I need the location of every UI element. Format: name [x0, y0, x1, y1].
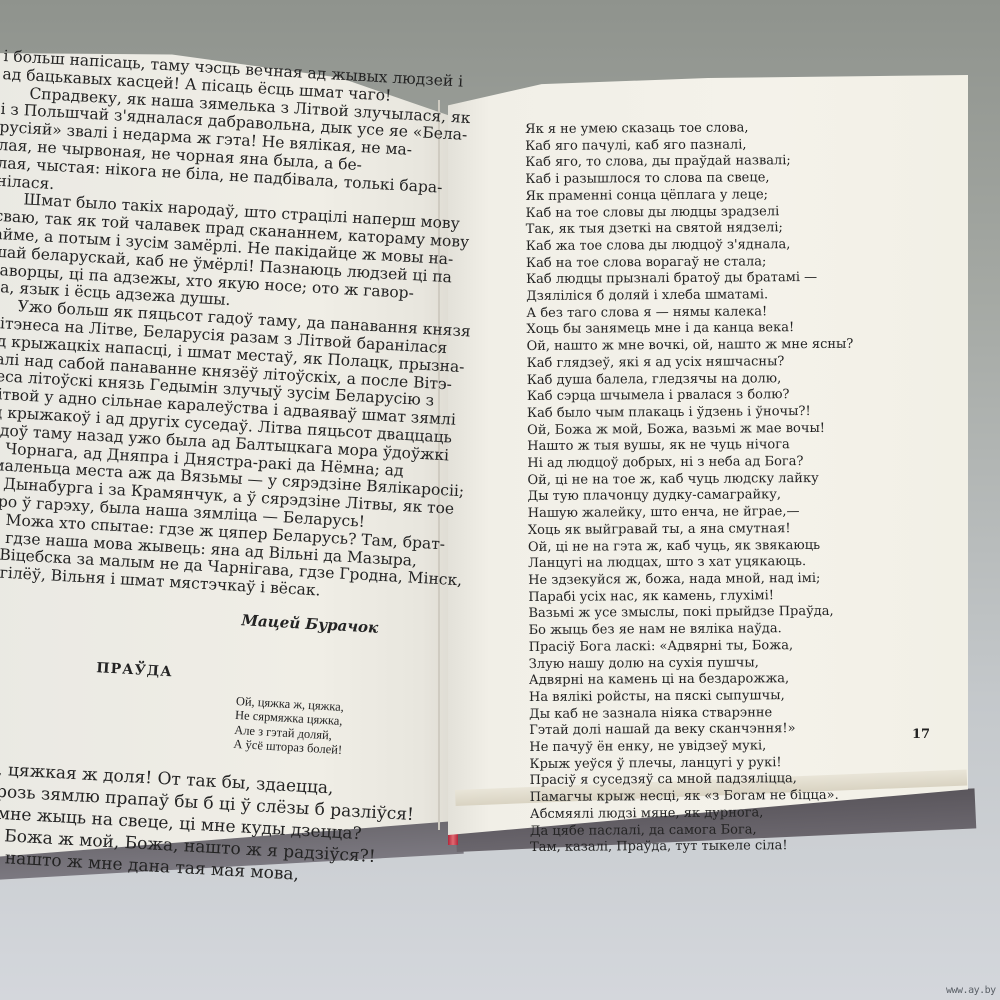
- left-page-text: і больш напісаць, таму чэсць вечная ад ж…: [0, 48, 413, 889]
- photo-scene: і больш напісаць, таму чэсць вечная ад ж…: [0, 0, 1000, 1000]
- poem-line: Ой, ці не на гэта ж, каб чуць, як звякаю…: [528, 537, 858, 556]
- poem-line: Ой, ці не на тое ж, каб чуць людску лайк…: [527, 470, 857, 489]
- poem-line: Там, казалі, Праўда, тут тыкеле сіла!: [530, 838, 860, 857]
- poem-line: Ой, нашто ж мне вочкі, ой, нашто ж мне я…: [527, 337, 857, 356]
- poem-title: ПРАЎДА: [0, 653, 380, 694]
- watermark: www.ay.by: [946, 985, 996, 996]
- poem-line: Не здзекуйся ж, божа, нада мной, над імі…: [528, 571, 858, 590]
- prose-block: і больш напісаць, таму чэсць вечная ад ж…: [0, 48, 413, 604]
- poem-line: Вазьмі ж усе змыслы, покі прыйдзе Праўда…: [528, 604, 858, 623]
- poem-line: Памагчы крыж несці, як «з Богам не біцца…: [530, 788, 860, 807]
- book-gutter: [438, 100, 440, 830]
- page-number: 17: [912, 727, 930, 742]
- poem-line: Каб людцы прызналі братоў ды братамі —: [526, 270, 856, 289]
- poem-line: Ой, Божа ж мой, Божа, вазьмі ж мае вочы!: [527, 420, 857, 439]
- right-page-text: Як я не умею сказаць тое слова, Каб яго …: [525, 120, 860, 857]
- poem-stanza-left: Ох, цяжкая ж доля! От так бы, здаецца, С…: [0, 756, 374, 889]
- poem-line: Каб было чым плакаць і ўдзень і ўночы?!: [527, 404, 857, 423]
- author-signature: Мацей Бурачок: [0, 597, 383, 638]
- epigraph: Ой, цяжка ж, цяжка, Не сярмяжка цяжка, А…: [233, 693, 378, 759]
